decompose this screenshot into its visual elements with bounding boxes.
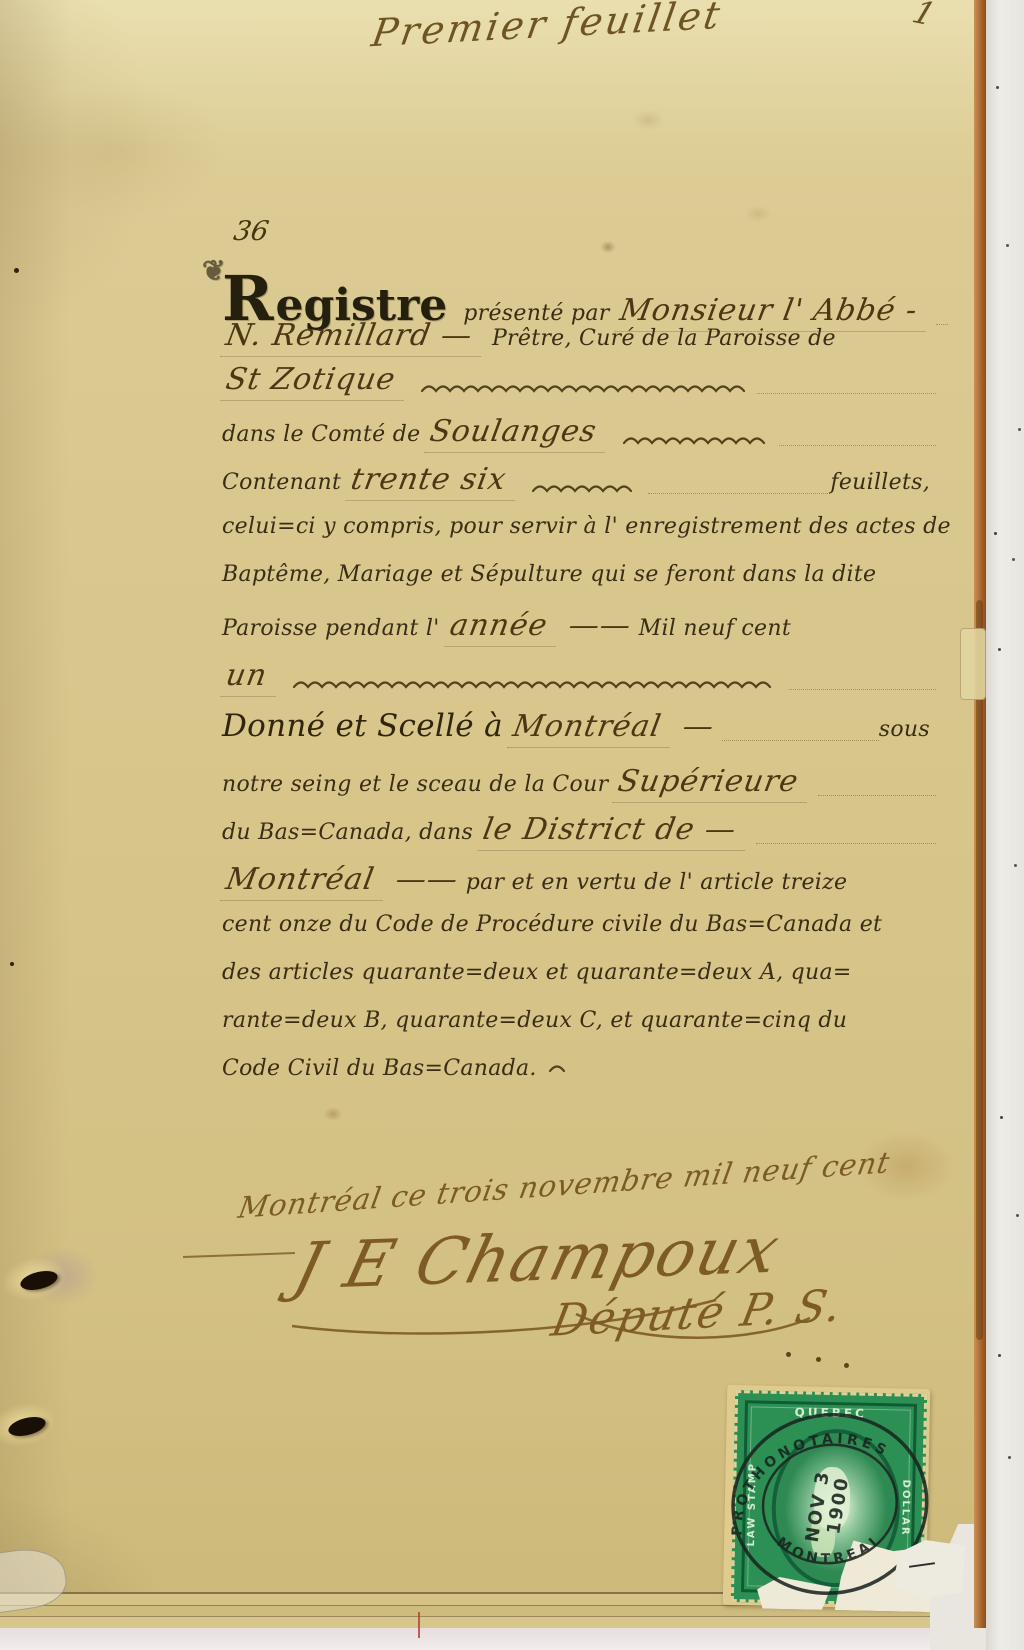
table-surface-strip — [0, 1628, 1024, 1650]
ink-squiggle — [421, 382, 751, 396]
printed-form-text: Code Civil du Bas=Canada. — [222, 1056, 537, 1081]
handwritten-entry: un — [221, 658, 283, 697]
binding-hole — [8, 1418, 48, 1438]
adjacent-page — [986, 0, 1024, 1650]
printed-form-text: du Bas=Canada, dans — [222, 820, 473, 845]
handwritten-entry: —— — [393, 862, 461, 897]
blank-line — [818, 776, 936, 796]
handwritten-entry: Montréal — [221, 862, 390, 901]
form-line: notre seing et le sceau de la CourSupéri… — [222, 764, 936, 803]
register-page-scan: Premier feuillet 1 36 ❦Registreprésenté … — [0, 0, 1024, 1650]
form-line: celui=ci y compris, pour servir à l' enr… — [222, 514, 936, 539]
form-line: Donné et Scellé àMontréal— sous — [222, 708, 936, 748]
printed-form-text: Contenant — [222, 470, 341, 495]
handwritten-entry: —— — [566, 608, 634, 643]
form-line: des articles quarante=deux et quarante=d… — [222, 960, 936, 985]
red-mark — [418, 1612, 420, 1638]
form-line: du Bas=Canada, dansle District de — — [222, 812, 936, 851]
printed-form-text: Donné et Scellé à — [222, 708, 503, 744]
handwritten-entry: trente six — [346, 462, 522, 501]
form-line: N. Remillard —Prêtre, Curé de la Paroiss… — [222, 318, 936, 357]
printed-form-text: notre seing et le sceau de la Cour — [222, 772, 608, 797]
printed-form-text: feuillets, — [830, 470, 930, 495]
form-line: St Zotique — [222, 362, 936, 401]
blank-line — [789, 670, 936, 690]
form-line: Code Civil du Bas=Canada. — [222, 1056, 936, 1081]
repair-tab — [960, 628, 986, 700]
handwritten-entry: N. Remillard — — [221, 318, 488, 357]
blank-line — [756, 824, 936, 844]
form-line: Montréal——par et en vertu de l' article … — [222, 862, 936, 901]
printed-form-text: Baptême, Mariage et Sépulture qui se fer… — [222, 562, 876, 587]
printed-form-text: sous — [879, 717, 930, 742]
blank-line — [779, 426, 937, 446]
handwritten-entry: année — [444, 608, 562, 647]
blank-line — [757, 374, 936, 394]
blank-line — [648, 474, 831, 494]
form-line: rante=deux B, quarante=deux C, et quaran… — [222, 1008, 936, 1033]
ink-dots — [786, 1352, 791, 1357]
printed-form-text: rante=deux B, quarante=deux C, et quaran… — [222, 1008, 847, 1033]
form-line: Baptême, Mariage et Sépulture qui se fer… — [222, 562, 936, 587]
handwritten-entry: le District de — — [478, 812, 752, 851]
printed-form-text: Mil neuf cent — [639, 616, 791, 641]
printed-form-text: Paroisse pendant l' — [222, 616, 440, 641]
register-number: 36 — [231, 216, 271, 247]
filigree-ornament: ❦ — [202, 254, 225, 287]
handwritten-entry: Montréal — [507, 709, 676, 748]
ink-dot — [14, 268, 19, 273]
binding-hole — [20, 1272, 60, 1292]
handwritten-entry: Soulanges — [425, 414, 612, 453]
form-line: Paroisse pendant l'année——Mil neuf cent — [222, 608, 936, 647]
printed-form-text: dans le Comté de — [222, 422, 420, 447]
paper-specks — [996, 86, 999, 89]
printed-form-text: celui=ci y compris, pour servir à l' enr… — [222, 514, 951, 539]
blank-line — [936, 305, 948, 325]
printed-form-text: des articles quarante=deux et quarante=d… — [222, 960, 852, 985]
form-line: un — [222, 658, 936, 697]
handwritten-entry: Supérieure — [613, 764, 814, 803]
form-line: cent onze du Code de Procédure civile du… — [222, 912, 936, 937]
handwritten-entry: — — [680, 709, 717, 744]
ink-squiggle — [623, 434, 773, 448]
printed-form-text: cent onze du Code de Procédure civile du… — [222, 912, 882, 937]
ink-squiggle — [293, 678, 783, 692]
form-line: Contenanttrente six feuillets, — [222, 462, 936, 501]
handwritten-entry: St Zotique — [221, 362, 411, 401]
ink-squiggle — [549, 1062, 577, 1076]
ink-squiggle — [532, 482, 642, 496]
svg-text:NOV 3 1900: NOV 3 1900 — [802, 1461, 855, 1547]
form-line: dans le Comté deSoulanges — [222, 414, 936, 453]
printed-form-text: Prêtre, Curé de la Paroisse de — [492, 326, 836, 351]
blank-line — [722, 721, 879, 741]
ink-dot — [10, 962, 14, 966]
printed-form-text: par et en vertu de l' article treize — [466, 870, 848, 895]
